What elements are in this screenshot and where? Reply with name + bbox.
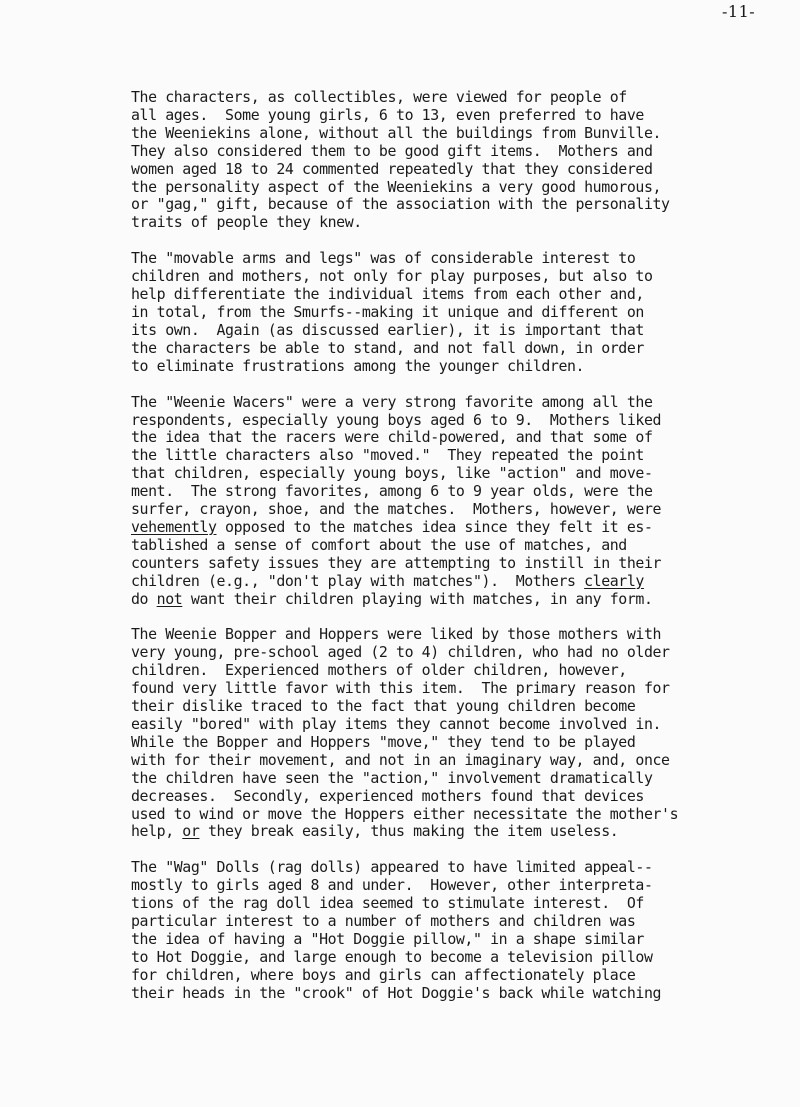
text-line: do not want their children playing with … — [131, 591, 758, 609]
text-run: do — [131, 590, 157, 608]
text-line: found very little favor with this item. … — [131, 680, 758, 698]
text-line: tablished a sense of comfort about the u… — [131, 537, 758, 555]
text-line: mostly to girls aged 8 and under. Howeve… — [131, 877, 758, 895]
text-line: very young, pre-school aged (2 to 4) chi… — [131, 644, 758, 662]
text-line: decreases. Secondly, experienced mothers… — [131, 788, 758, 806]
text-line: particular interest to a number of mothe… — [131, 913, 758, 931]
paragraph-collectibles: The characters, as collectibles, were vi… — [131, 89, 771, 232]
text-run: they break easily, thus making the item … — [199, 822, 618, 840]
text-line: its own. Again (as discussed earlier), i… — [131, 322, 758, 340]
paragraph-wag-dolls: The "Wag" Dolls (rag dolls) appeared to … — [131, 859, 771, 1002]
paragraph-movable-arms: The "movable arms and legs" was of consi… — [131, 250, 771, 375]
document-body: The characters, as collectibles, were vi… — [131, 89, 771, 1021]
text-line: surfer, crayon, shoe, and the matches. M… — [131, 501, 758, 519]
text-line: all ages. Some young girls, 6 to 13, eve… — [131, 107, 758, 125]
text-line: ment. The strong favorites, among 6 to 9… — [131, 483, 758, 501]
text-line: children and mothers, not only for play … — [131, 268, 758, 286]
text-line: in total, from the Smurfs--making it uni… — [131, 304, 758, 322]
text-line: vehemently opposed to the matches idea s… — [131, 519, 758, 537]
text-line: women aged 18 to 24 commented repeatedly… — [131, 161, 758, 179]
text-line: for children, where boys and girls can a… — [131, 967, 758, 985]
text-line: While the Bopper and Hoppers "move," the… — [131, 734, 758, 752]
text-line: children (e.g., "don't play with matches… — [131, 573, 758, 591]
text-line: the children have seen the "action," inv… — [131, 770, 758, 788]
text-line: the idea that the racers were child-powe… — [131, 429, 758, 447]
text-line: the Weeniekins alone, without all the bu… — [131, 125, 758, 143]
text-line: The "Wag" Dolls (rag dolls) appeared to … — [131, 859, 758, 877]
paragraph-weenie-wacers: The "Weenie Wacers" were a very strong f… — [131, 394, 771, 609]
text-line: They also considered them to be good gif… — [131, 143, 758, 161]
text-line: help, or they break easily, thus making … — [131, 823, 758, 841]
text-line: tions of the rag doll idea seemed to sti… — [131, 895, 758, 913]
text-line: used to wind or move the Hoppers either … — [131, 806, 758, 824]
underlined-emphasis: not — [157, 590, 183, 608]
underlined-emphasis: clearly — [584, 572, 644, 590]
text-run: children (e.g., "don't play with matches… — [131, 572, 584, 590]
text-line: help differentiate the individual items … — [131, 286, 758, 304]
text-line: to eliminate frustrations among the youn… — [131, 358, 758, 376]
text-line: The "movable arms and legs" was of consi… — [131, 250, 758, 268]
text-line: counters safety issues they are attempti… — [131, 555, 758, 573]
text-run: opposed to the matches idea since they f… — [217, 518, 653, 536]
text-line: easily "bored" with play items they cann… — [131, 716, 758, 734]
underlined-emphasis: or — [182, 822, 199, 840]
text-line: the idea of having a "Hot Doggie pillow,… — [131, 931, 758, 949]
paragraph-weenie-bopper: The Weenie Bopper and Hoppers were liked… — [131, 626, 771, 841]
underlined-emphasis: vehemently — [131, 518, 217, 536]
text-line: to Hot Doggie, and large enough to becom… — [131, 949, 758, 967]
text-line: with for their movement, and not in an i… — [131, 752, 758, 770]
text-line: respondents, especially young boys aged … — [131, 412, 758, 430]
text-run: want their children playing with matches… — [182, 590, 652, 608]
text-line: The characters, as collectibles, were vi… — [131, 89, 758, 107]
text-line: their dislike traced to the fact that yo… — [131, 698, 758, 716]
text-line: the characters be able to stand, and not… — [131, 340, 758, 358]
text-line: children. Experienced mothers of older c… — [131, 662, 758, 680]
text-line: their heads in the "crook" of Hot Doggie… — [131, 985, 758, 1003]
text-line: The "Weenie Wacers" were a very strong f… — [131, 394, 758, 412]
text-line: The Weenie Bopper and Hoppers were liked… — [131, 626, 758, 644]
text-line: or "gag," gift, because of the associati… — [131, 196, 758, 214]
text-line: the little characters also "moved." They… — [131, 447, 758, 465]
text-line: traits of people they knew. — [131, 214, 758, 232]
text-line: the personality aspect of the Weeniekins… — [131, 179, 758, 197]
text-run: help, — [131, 822, 182, 840]
page-number: -11- — [722, 2, 755, 21]
text-line: that children, especially young boys, li… — [131, 465, 758, 483]
